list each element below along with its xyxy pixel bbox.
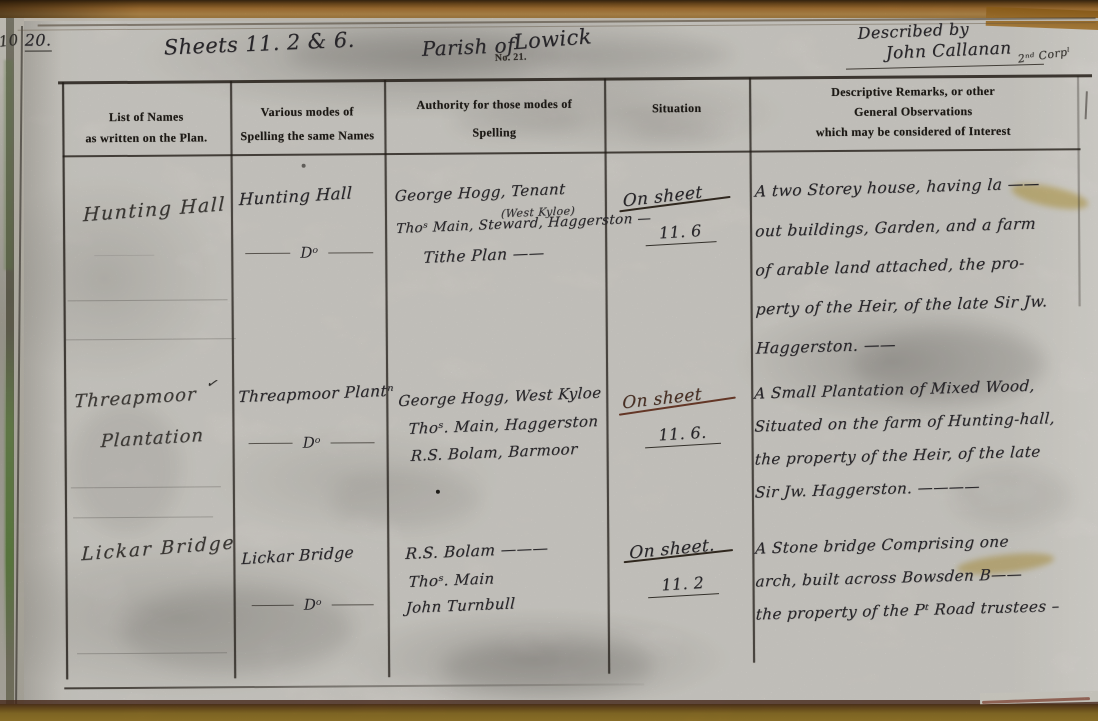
surveyor-underline xyxy=(846,64,1044,70)
row2-ditto-text: Dᵒ xyxy=(299,436,325,451)
prev-page-number: 10 xyxy=(0,33,19,50)
row1-authority-4: Tithe Plan —— xyxy=(423,246,545,267)
smudge xyxy=(442,639,652,695)
row3-authority-3: John Turnbull xyxy=(405,596,515,616)
row1-sheet-number-text: 11. 6 xyxy=(645,222,717,246)
smudge xyxy=(70,403,181,534)
ditto-dash xyxy=(245,253,290,255)
header-col-names: List of Names as written on the Plan. xyxy=(62,110,230,153)
row1-remark-line2: out buildings, Garden, and a farm xyxy=(755,217,1037,240)
margin-pen-mark xyxy=(1085,91,1088,119)
row2-remark-line2: Situated on the farm of Hunting-hall, xyxy=(754,411,1055,435)
header-remarks-line3: which may be considered of Interest xyxy=(749,124,1077,138)
header-remarks-line1: Descriptive Remarks, or other xyxy=(749,84,1077,98)
surveyor-name: John Callanan xyxy=(886,40,1012,62)
smudge xyxy=(628,119,723,142)
header-names-line1: List of Names xyxy=(62,110,230,123)
row2-spelling: Threapmoor Plantⁿ xyxy=(238,384,394,406)
row2-remark-line3: the property of the Heir, of the late xyxy=(754,445,1041,468)
row3-sheet-number: 11. 2 xyxy=(647,574,719,598)
row3-remark-line1: A Stone bridge Comprising one xyxy=(755,534,1009,556)
row1-situation-word: On sheet xyxy=(623,185,703,211)
header-authority-line2: Spelling xyxy=(384,126,604,140)
row1-ditto: Dᵒ xyxy=(245,245,373,261)
row2-authority-2: Thoˢ. Main, Haggerston xyxy=(408,414,599,437)
row1-name: Hunting Hall xyxy=(83,195,226,225)
table-right-border xyxy=(1077,76,1080,306)
tick-mark: ✓ xyxy=(205,376,218,391)
row2-remark-line1: A Small Plantation of Mixed Wood, xyxy=(754,379,1035,402)
row2-authority-3: R.S. Bolam, Barmoor xyxy=(410,442,578,464)
document-sheet: 10 20. Sheets 11. 2 & 6. Parish of No. 2… xyxy=(0,0,1098,721)
header-names-line2: as written on the Plan. xyxy=(62,131,230,144)
parish-number-stamp: No. 21. xyxy=(495,53,527,64)
row3-authority-1: R.S. Bolam ——— xyxy=(405,541,549,563)
row3-sheet-number-text: 11. 2 xyxy=(647,574,719,598)
row3-ditto-text: Dᵒ xyxy=(300,598,326,613)
ink-dot xyxy=(436,490,440,494)
row1-sheet-number: 11. 6 xyxy=(645,222,717,246)
row1-spelling: Hunting Hall xyxy=(239,185,353,208)
row1-authority-3: Thoˢ Main, Steward, Haggerston — xyxy=(396,212,652,236)
surveyor-rank: 2ⁿᵈ Corpˡ xyxy=(1017,46,1071,65)
row3-name: Lickar Bridge xyxy=(81,534,236,564)
header-remarks-line2: General Observations xyxy=(749,104,1077,118)
row1-ditto-text: Dᵒ xyxy=(296,246,322,261)
header-col-situation: Situation xyxy=(604,102,749,115)
smudge xyxy=(331,470,481,531)
row2-ditto: Dᵒ xyxy=(249,435,375,451)
table-top-rule xyxy=(58,74,1092,84)
header-col-authority: Authority for those modes of Spelling xyxy=(384,98,604,149)
ditto-dash xyxy=(330,442,374,443)
ghost-line xyxy=(68,299,228,301)
header-spelling-line1: Various modes of xyxy=(230,105,384,118)
row1-remark-line1: A two Storey house, having la —— xyxy=(754,177,1040,201)
row2-sheet-number-text: 11. 6. xyxy=(644,424,721,448)
row1-remark-line4: perty of the Heir, of the late Sir Jw. xyxy=(755,294,1048,318)
row1-authority-1: George Hogg, Tenant xyxy=(395,182,566,204)
ditto-dash xyxy=(328,252,373,254)
row3-remark-line2: arch, built across Bowsden B—— xyxy=(755,567,1023,590)
ghost-line xyxy=(94,255,154,256)
ditto-dash xyxy=(252,605,294,606)
row2-remark-line4: Sir Jw. Haggerston. ———— xyxy=(754,479,980,501)
ink-dot xyxy=(302,164,306,168)
smudge xyxy=(951,466,1071,527)
row2-name-line2: Plantation xyxy=(100,427,204,451)
col-divider-3 xyxy=(604,79,610,674)
header-authority-line1: Authority for those modes of xyxy=(384,98,604,112)
row1-remark-line3: of arable land attached, the pro- xyxy=(755,256,1025,279)
ditto-dash xyxy=(249,443,293,444)
row3-spelling: Lickar Bridge xyxy=(241,545,354,567)
header-col-remarks: Descriptive Remarks, or other General Ob… xyxy=(749,84,1077,147)
ditto-dash xyxy=(332,604,374,605)
row3-authority-2: Thoˢ. Main xyxy=(408,571,495,590)
header-spelling-line2: Spelling the same Names xyxy=(230,129,384,142)
row2-sheet-number: 11. 6. xyxy=(644,424,721,448)
row2-authority-1: George Hogg, West Kyloe xyxy=(398,386,602,410)
page-number: 20. xyxy=(25,32,52,51)
described-by-label: Described by xyxy=(857,21,969,42)
row2-name-line1: Threapmoor xyxy=(74,386,197,411)
ghost-line xyxy=(66,338,236,340)
header-col-spelling: Various modes of Spelling the same Names xyxy=(230,105,384,151)
col-divider-4 xyxy=(749,78,755,663)
row3-remark-line3: the property of the Pᵗ Road trustees – xyxy=(755,599,1060,623)
table-left-border xyxy=(62,82,68,679)
col-divider-2 xyxy=(384,80,390,677)
row3-ditto: Dᵒ xyxy=(252,597,374,613)
